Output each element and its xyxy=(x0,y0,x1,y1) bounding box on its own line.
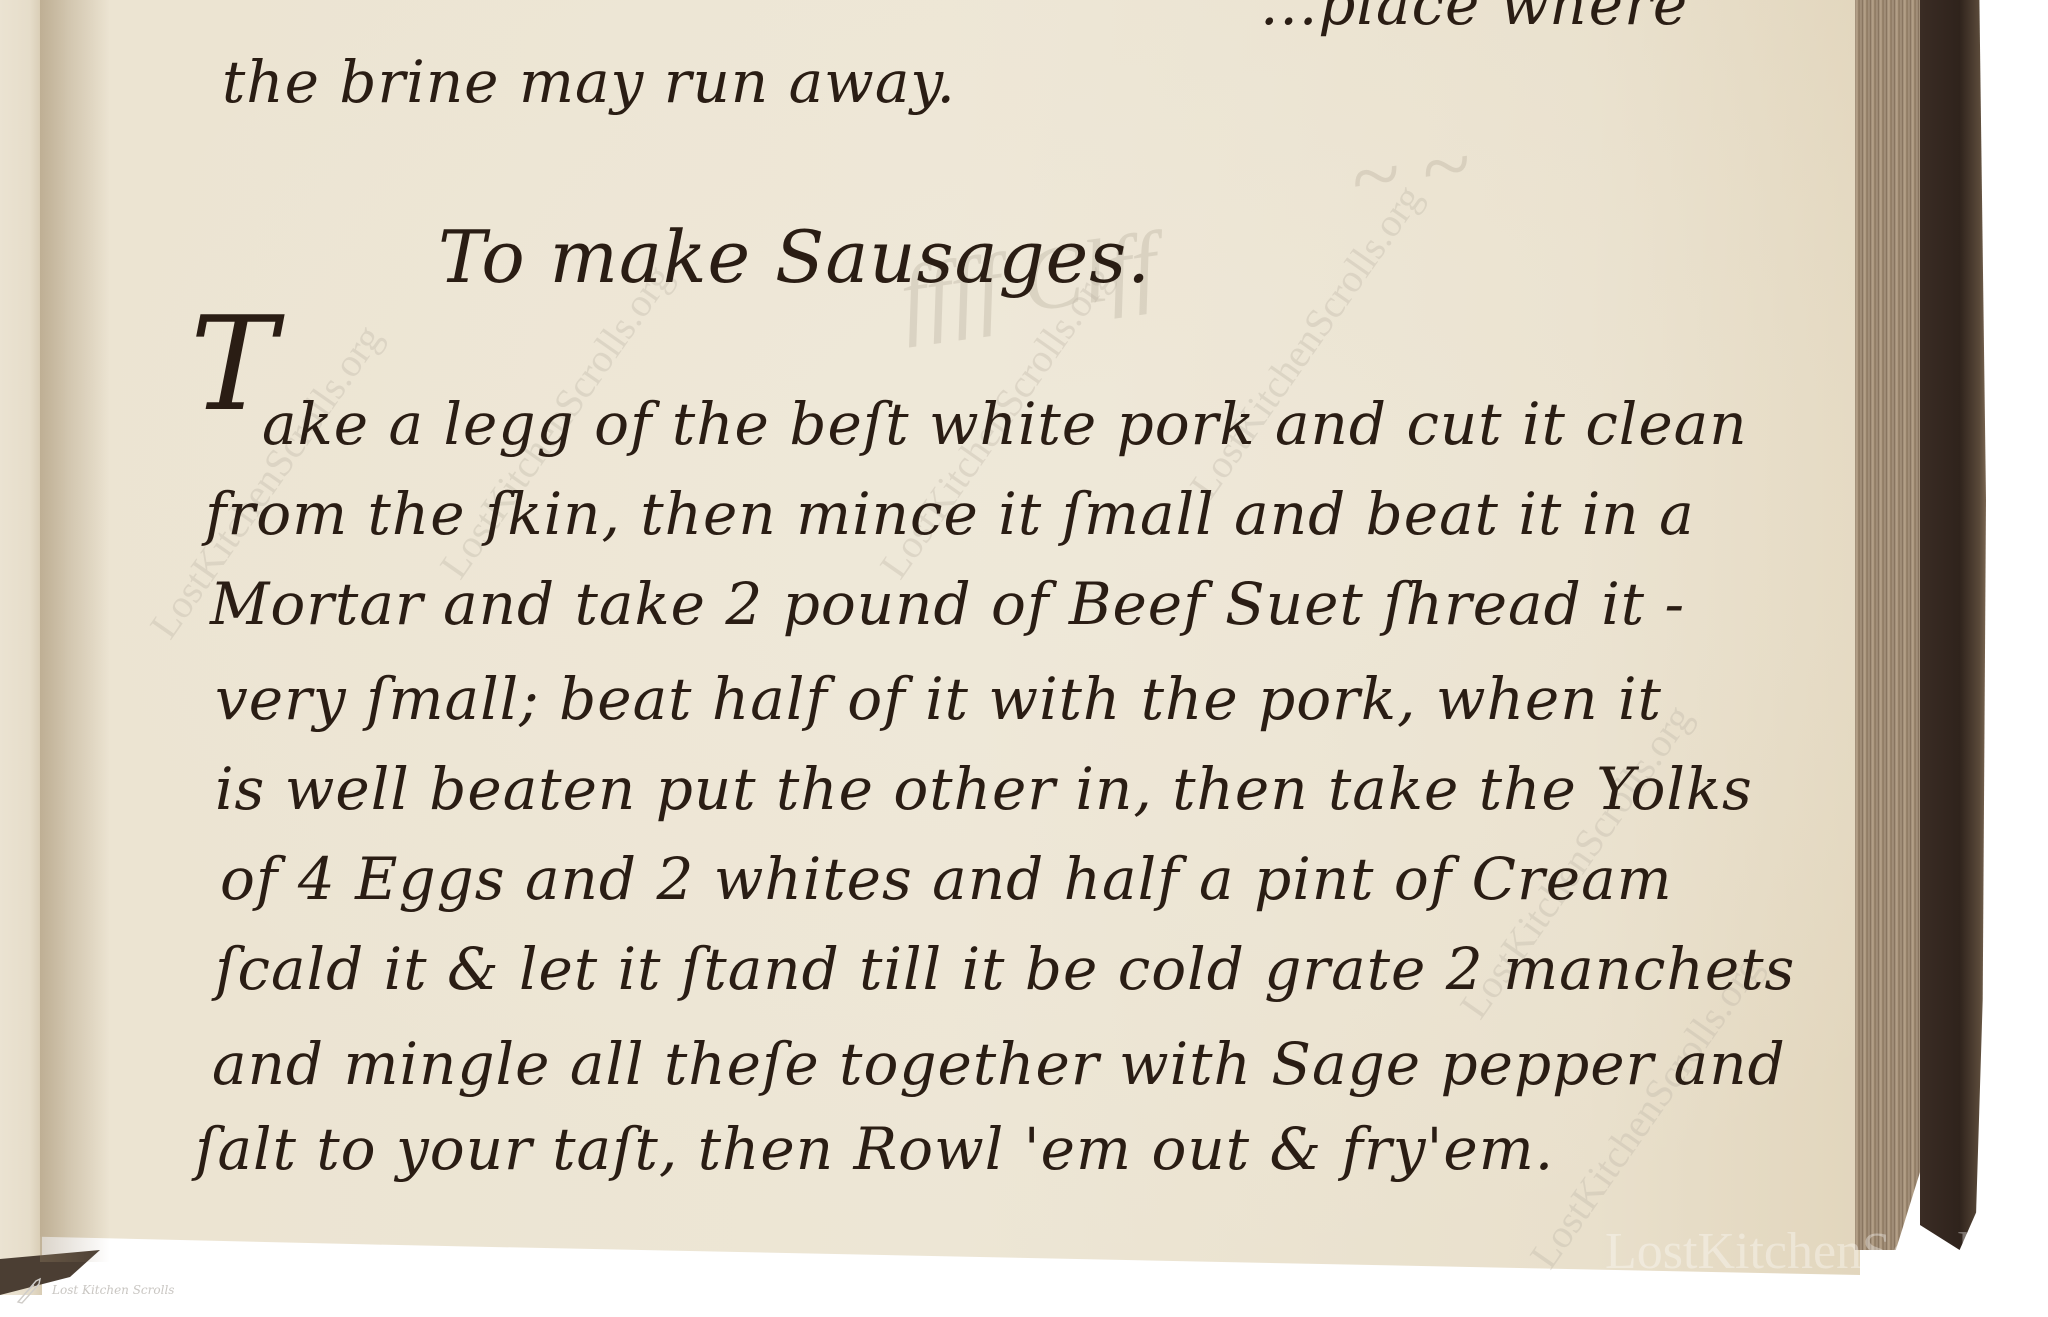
quill-pen-icon xyxy=(14,1275,44,1305)
recipe-line: ake a legg of the beſt white pork and cu… xyxy=(262,390,1748,458)
facing-page-edge xyxy=(0,0,42,1295)
recipe-line: from the ſkin, then mince it ſmall and b… xyxy=(205,480,1695,548)
recipe-line: and mingle all theſe together with Sage … xyxy=(212,1030,1786,1098)
gutter-shadow xyxy=(40,0,110,1262)
recipe-line: of 4 Eggs and 2 whites and half a pint o… xyxy=(220,845,1673,913)
recipe-line: Mortar and take 2 pound of Beef Suet ſhr… xyxy=(210,570,1685,638)
site-logo: Lost Kitchen Scrolls xyxy=(14,1275,174,1305)
previous-recipe-last-line: the brine may run away. xyxy=(222,48,956,116)
recipe-title: To make Sausages. xyxy=(438,215,1151,299)
recipe-line: ſalt to your taſt, then Rowl 'em out & f… xyxy=(195,1115,1554,1183)
logo-text: Lost Kitchen Scrolls xyxy=(52,1283,174,1297)
site-watermark-bottom: LostKitchenScrolls.o xyxy=(1605,1222,2046,1281)
recipe-line: ſcald it & let it ſtand till it be cold … xyxy=(215,935,1795,1003)
recipe-line: very ſmall; beat half of it with the por… xyxy=(215,665,1662,733)
recipe-line: is well beaten put the other in, then ta… xyxy=(215,755,1753,823)
previous-recipe-partial-line: ...place where xyxy=(1260,0,1688,38)
leather-cover xyxy=(1920,0,1986,1250)
page-edges xyxy=(1855,0,1923,1250)
book-photo: ffff Clff ~ ~ LostKitchenScrolls.org Los… xyxy=(0,0,2048,1317)
